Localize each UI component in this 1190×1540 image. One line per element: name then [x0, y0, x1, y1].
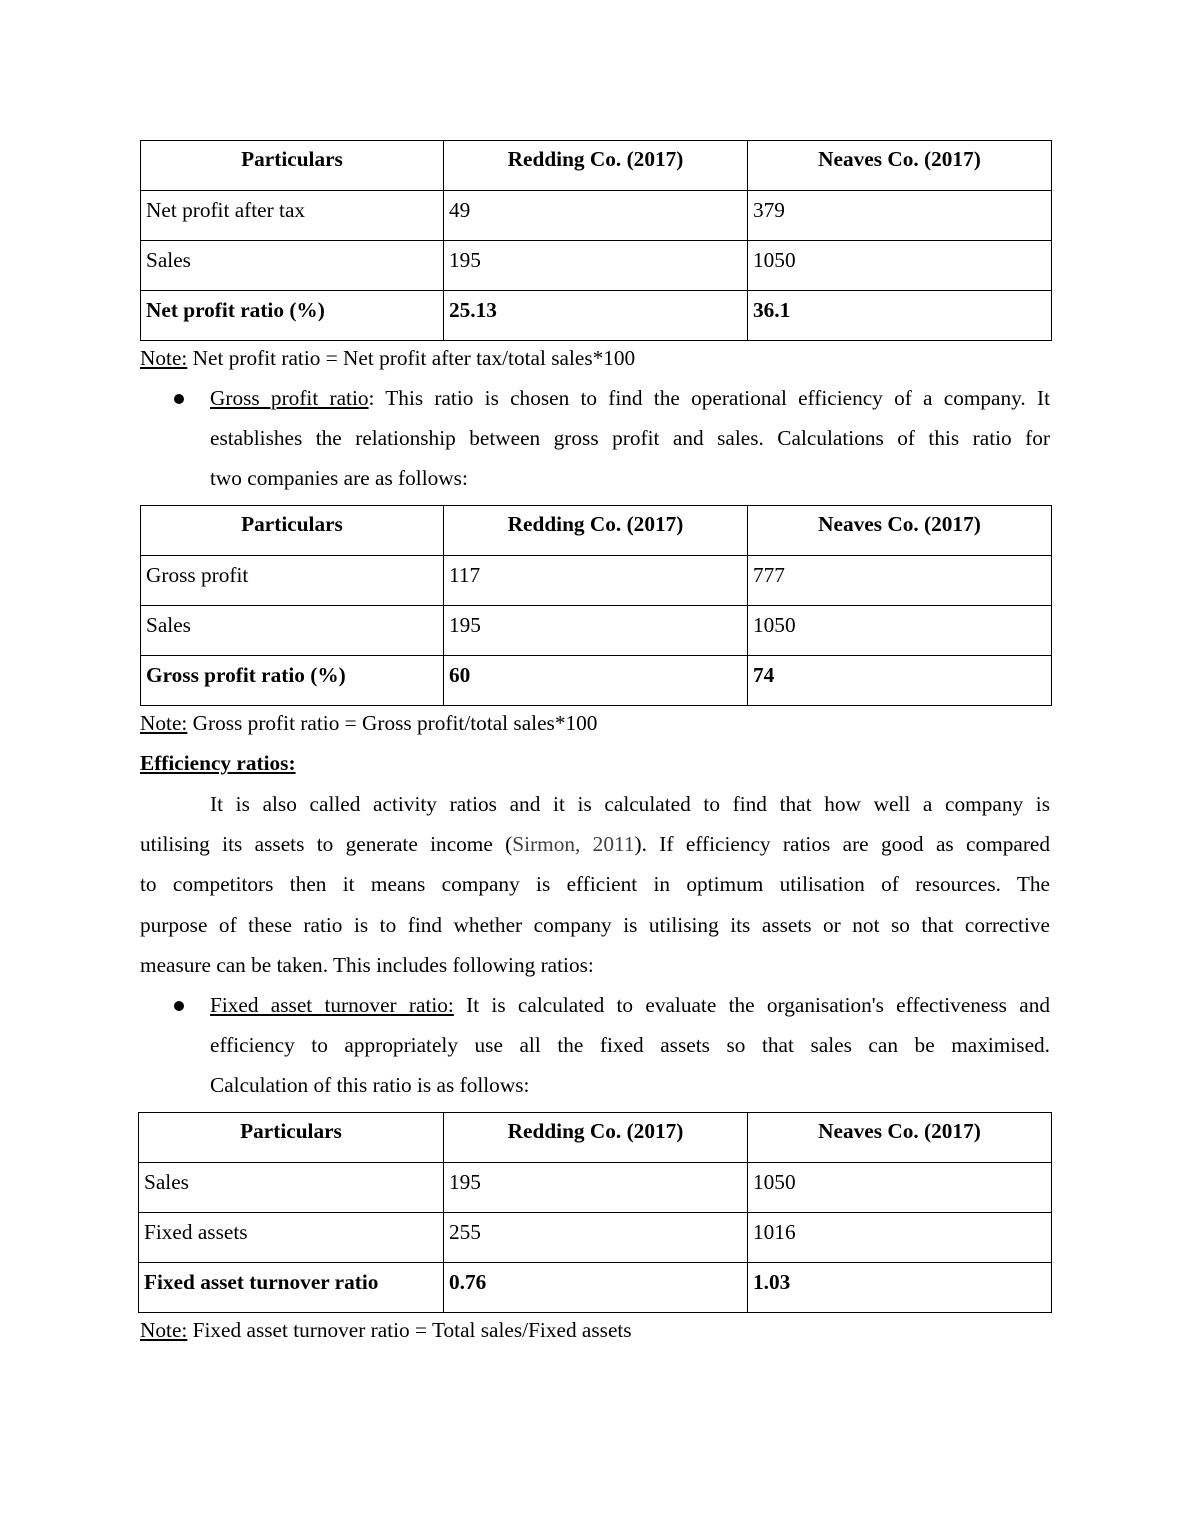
neaves-value: 379	[748, 191, 1052, 241]
table-row: Sales 195 1050	[141, 606, 1052, 656]
table-row: Sales 195 1050	[141, 241, 1052, 291]
header-redding: Redding Co. (2017)	[444, 506, 748, 556]
redding-value: 117	[444, 556, 748, 606]
row-label: Gross profit ratio (%)	[141, 656, 444, 706]
row-label: Net profit ratio (%)	[141, 291, 444, 341]
header-neaves: Neaves Co. (2017)	[748, 1113, 1052, 1163]
table-header-row: Particulars Redding Co. (2017) Neaves Co…	[139, 1113, 1052, 1163]
table-header-row: Particulars Redding Co. (2017) Neaves Co…	[141, 141, 1052, 191]
paragraph-line: measure can be taken. This includes foll…	[140, 945, 1050, 985]
table-total-row: Fixed asset turnover ratio 0.76 1.03	[139, 1263, 1052, 1313]
redding-value: 195	[444, 1163, 748, 1213]
header-particulars: Particulars	[141, 141, 444, 191]
neaves-value: 1050	[748, 606, 1052, 656]
note-label: Note:	[140, 1318, 187, 1342]
redding-value: 60	[444, 656, 748, 706]
row-label: Net profit after tax	[141, 191, 444, 241]
gross-profit-description: Gross profit ratio: This ratio is chosen…	[210, 378, 1050, 499]
gross-profit-term: Gross profit ratio	[210, 386, 369, 410]
citation: Sirmon, 2011	[512, 832, 634, 856]
row-label: Gross profit	[141, 556, 444, 606]
paragraph-line: purpose of these ratio is to find whethe…	[140, 905, 1050, 945]
note-text: Fixed asset turnover ratio = Total sales…	[187, 1318, 631, 1342]
paragraph-line: Calculation of this ratio is as follows:	[210, 1065, 1050, 1105]
paragraph-line: two companies are as follows:	[210, 458, 1050, 498]
fixed-asset-note: Note: Fixed asset turnover ratio = Total…	[140, 1320, 632, 1341]
note-label: Note:	[140, 346, 187, 370]
fixed-asset-turnover-table: Particulars Redding Co. (2017) Neaves Co…	[138, 1112, 1052, 1313]
neaves-value: 1050	[748, 1163, 1052, 1213]
row-label: Fixed asset turnover ratio	[139, 1263, 444, 1313]
header-neaves: Neaves Co. (2017)	[748, 141, 1052, 191]
gross-profit-note: Note: Gross profit ratio = Gross profit/…	[140, 713, 597, 734]
paragraph-line: Gross profit ratio: This ratio is chosen…	[210, 378, 1050, 418]
efficiency-paragraph: It is also called activity ratios and it…	[140, 784, 1050, 985]
neaves-value: 1050	[748, 241, 1052, 291]
table-total-row: Gross profit ratio (%) 60 74	[141, 656, 1052, 706]
note-text: Gross profit ratio = Gross profit/total …	[187, 711, 597, 735]
neaves-value: 1016	[748, 1213, 1052, 1263]
gross-profit-ratio-table: Particulars Redding Co. (2017) Neaves Co…	[140, 505, 1052, 706]
table-row: Net profit after tax 49 379	[141, 191, 1052, 241]
header-neaves: Neaves Co. (2017)	[748, 506, 1052, 556]
redding-value: 195	[444, 241, 748, 291]
redding-value: 255	[444, 1213, 748, 1263]
document-page: Particulars Redding Co. (2017) Neaves Co…	[0, 0, 1190, 1540]
header-particulars: Particulars	[139, 1113, 444, 1163]
table-row: Sales 195 1050	[139, 1163, 1052, 1213]
neaves-value: 1.03	[748, 1263, 1052, 1313]
note-text: Net profit ratio = Net profit after tax/…	[187, 346, 635, 370]
paragraph-line: utilising its assets to generate income …	[140, 824, 1050, 864]
paragraph-line: efficiency to appropriately use all the …	[210, 1025, 1050, 1065]
row-label: Fixed assets	[139, 1213, 444, 1263]
neaves-value: 777	[748, 556, 1052, 606]
table-row: Fixed assets 255 1016	[139, 1213, 1052, 1263]
redding-value: 0.76	[444, 1263, 748, 1313]
paragraph-line: to competitors then it means company is …	[140, 864, 1050, 904]
table-total-row: Net profit ratio (%) 25.13 36.1	[141, 291, 1052, 341]
net-profit-note: Note: Net profit ratio = Net profit afte…	[140, 348, 635, 369]
redding-value: 195	[444, 606, 748, 656]
paragraph-line: establishes the relationship between gro…	[210, 418, 1050, 458]
header-redding: Redding Co. (2017)	[444, 1113, 748, 1163]
paragraph-line: It is also called activity ratios and it…	[140, 784, 1050, 824]
row-label: Sales	[141, 606, 444, 656]
neaves-value: 36.1	[748, 291, 1052, 341]
efficiency-ratios-heading: Efficiency ratios:	[140, 753, 296, 774]
note-label: Note:	[140, 711, 187, 735]
net-profit-ratio-table: Particulars Redding Co. (2017) Neaves Co…	[140, 140, 1052, 341]
table-header-row: Particulars Redding Co. (2017) Neaves Co…	[141, 506, 1052, 556]
redding-value: 49	[444, 191, 748, 241]
header-redding: Redding Co. (2017)	[444, 141, 748, 191]
neaves-value: 74	[748, 656, 1052, 706]
fixed-asset-term: Fixed asset turnover ratio:	[210, 993, 454, 1017]
row-label: Sales	[139, 1163, 444, 1213]
header-particulars: Particulars	[141, 506, 444, 556]
row-label: Sales	[141, 241, 444, 291]
redding-value: 25.13	[444, 291, 748, 341]
table-row: Gross profit 117 777	[141, 556, 1052, 606]
bullet-icon	[174, 394, 184, 404]
bullet-icon	[174, 1001, 184, 1011]
paragraph-line: Fixed asset turnover ratio: It is calcul…	[210, 985, 1050, 1025]
fixed-asset-description: Fixed asset turnover ratio: It is calcul…	[210, 985, 1050, 1106]
